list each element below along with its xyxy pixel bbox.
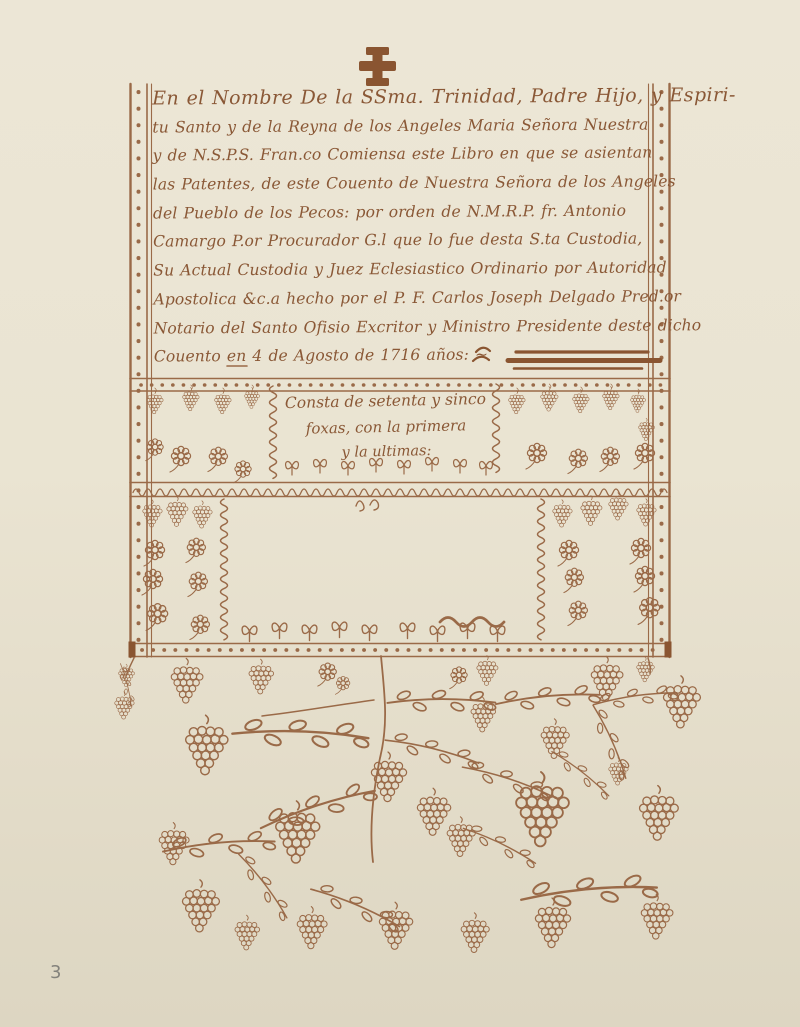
grape-cluster-icon [477,656,498,686]
manuscript-line: Su Actual Custodia y Juez Eclesiastico O… [153,254,659,286]
page-number: 3 [50,962,61,983]
grape-cluster-icon [215,388,231,414]
grape-cluster-icon [553,500,572,527]
flower-rosette-icon [190,615,210,639]
tulip-icon [362,625,377,640]
flower-rosette-icon [234,461,252,483]
grape-cluster-icon [461,913,489,953]
grape-cluster-icon [249,659,274,694]
manuscript-text-block: En el Nombre De la SSma. Trinidad, Padre… [152,81,660,371]
grape-cluster-icon [245,385,260,408]
grape-cluster-icon [147,388,163,414]
flower-rosette-icon [146,604,168,631]
cartouche-line: y la ultimas: [277,438,495,468]
grape-cluster-icon [541,384,558,411]
zigzag-band [130,483,670,497]
panel-tulip-row [242,622,505,641]
manuscript-line: y de N.S.P.S. Fran.co Comiensa este Libr… [152,139,658,171]
grape-cluster-icon [235,915,260,950]
leaf-sprig-icon [256,778,380,837]
grape-cluster-icon [663,676,700,728]
leaf-sprig-icon [308,876,405,937]
grape-cluster-icon [159,823,189,865]
flower-rosette-icon [558,540,579,566]
grape-cluster-icon [516,772,569,846]
leaf-sprig-icon [232,714,371,754]
grape-cluster-icon [640,786,679,841]
leaf-sprig-icon [461,818,541,872]
tulip-icon [430,626,445,641]
tulip-icon [302,625,317,640]
panel-side-motifs [142,493,660,640]
grape-cluster-icon [641,894,673,939]
flower-rosette-icon [142,569,163,595]
manuscript-line: Couento en 4 de Agosto de 1716 años: ~ [154,340,660,372]
grape-cluster-icon [297,907,327,949]
flower-rosette-icon [568,601,588,625]
panel-top-curl [356,500,379,511]
vine-flourish [115,656,701,953]
tulip-icon [272,623,287,638]
grape-cluster-icon [637,657,655,682]
manuscript-line: Notario del Santo Ofisio Excritor y Mini… [154,311,660,343]
grape-cluster-icon [609,758,628,785]
grape-cluster-icon [631,389,646,412]
grape-cluster-icon [379,902,412,949]
flower-rosette-icon [634,443,655,469]
flower-rosette-icon [568,449,588,473]
flower-rosette-icon [600,447,620,471]
leaf-sprig-icon [233,847,294,924]
grape-cluster-icon [447,817,475,857]
manuscript-line: las Patentes, de este Couento de Nuestra… [153,168,659,200]
cartouche-line: Consta de setenta y sinco [276,387,494,417]
grape-cluster-icon [193,501,212,528]
flower-rosette-icon [335,676,349,694]
manuscript-line: Camargo P.or Procurador G.l que lo fue d… [153,225,659,257]
grape-cluster-icon [186,715,228,775]
leaf-sprig-icon [548,743,614,802]
manuscript-line: del Pueblo de los Pecos: por orden de N.… [153,196,659,228]
frame-border-bottom [129,642,672,658]
manuscript-page: En el Nombre De la SSma. Trinidad, Padre… [0,0,800,1027]
tulip-icon [490,626,505,641]
flower-rosette-icon [170,446,191,472]
flower-rosette-icon [146,439,164,461]
tulip-icon [400,623,415,638]
leaf-sprig-icon [520,872,659,910]
grape-cluster-icon [639,418,655,440]
grape-cluster-icon [182,880,219,932]
cartouche-line: foxas, con la primera [277,412,495,442]
tulip-icon [480,462,493,475]
tulip-icon [242,626,257,641]
manuscript-line: tu Santo y de la Reyna de los Angeles Ma… [152,110,658,142]
cross-icon [359,47,396,86]
flower-rosette-icon [634,566,655,592]
panel-zigzag [221,499,545,640]
leaf-sprig-icon [592,683,678,711]
flower-rosette-icon [564,568,584,592]
tulip-icon [332,622,347,637]
grape-cluster-icon [143,500,162,527]
flower-rosette-icon [630,538,651,564]
grape-cluster-icon [509,388,525,414]
flower-rosette-icon [450,667,468,689]
cartouche: Consta de setenta y sinco foxas, con la … [276,387,496,468]
leaf-sprig-icon [383,726,482,774]
grape-cluster-icon [417,788,450,835]
squiggle-flourish [440,618,504,627]
grape-cluster-icon [183,385,199,411]
leaf-sprig-icon [495,683,601,712]
flower-rosette-icon [526,443,547,469]
grape-cluster-icon [581,496,602,526]
grape-cluster-icon [603,384,619,410]
manuscript-line: Apostolica &c.a hecho por el P. F. Carlo… [153,282,659,314]
grape-cluster-icon [167,497,188,527]
grape-cluster-icon [171,658,203,703]
manuscript-line: En el Nombre De la SSma. Trinidad, Padre… [152,81,658,113]
flower-rosette-icon [188,572,208,596]
flower-rosette-icon [318,663,337,686]
flower-rosette-icon [186,538,206,562]
flower-rosette-icon [208,447,228,471]
